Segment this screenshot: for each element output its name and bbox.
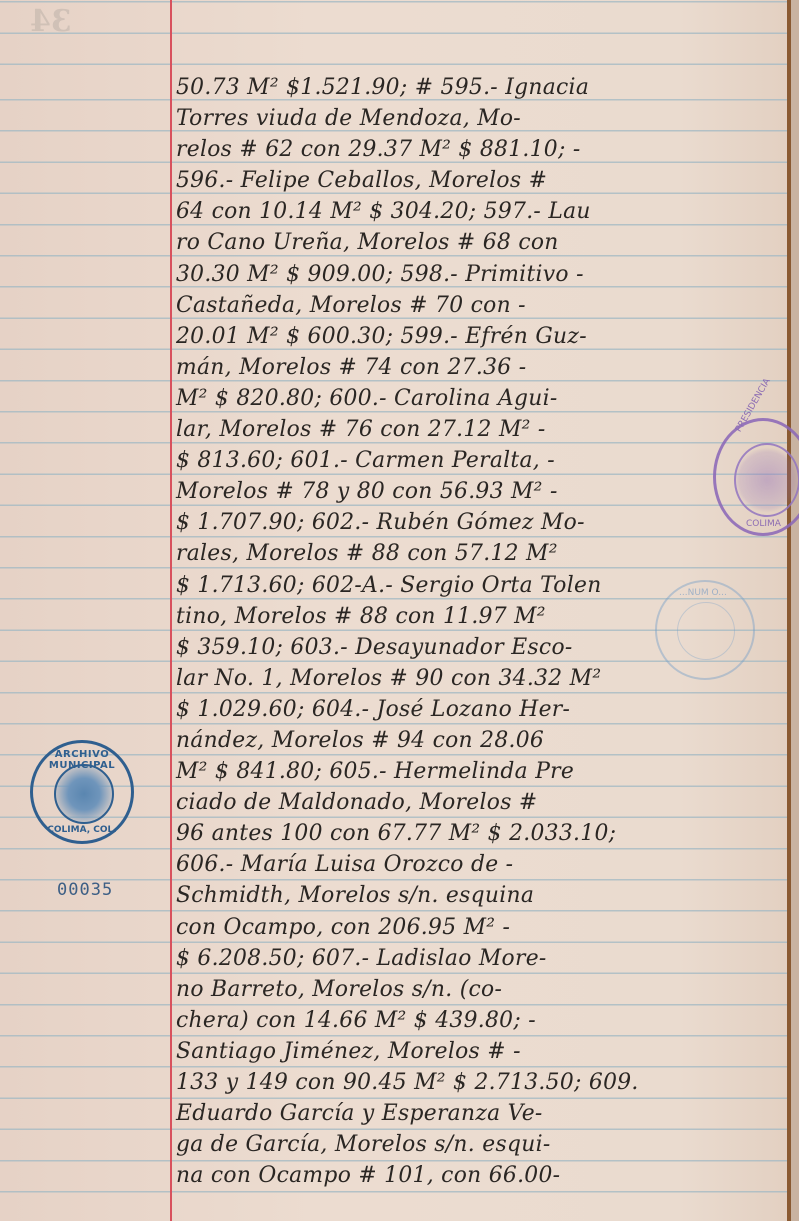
text-line: Eduardo García y Esperanza Ve- <box>176 1098 781 1129</box>
text-line: mán, Morelos # 74 con 27.36 - <box>176 352 781 383</box>
faded-stamp: ...NUM O... <box>655 580 755 680</box>
text-line: 606.- María Luisa Orozco de - <box>176 849 781 880</box>
faded-stamp-text: ...NUM O... <box>679 588 727 598</box>
text-line: Santiago Jiménez, Morelos # - <box>176 1036 781 1067</box>
text-line: Morelos # 78 y 80 con 56.93 M² - <box>176 476 781 507</box>
text-line: Castañeda, Morelos # 70 con - <box>176 290 781 321</box>
text-line: na con Ocampo # 101, con 66.00- <box>176 1160 781 1191</box>
text-line: con Ocampo, con 206.95 M² - <box>176 912 781 943</box>
text-line: chera) con 14.66 M² $ 439.80; - <box>176 1005 781 1036</box>
stamp-top-text: ARCHIVO MUNICIPAL <box>33 749 131 771</box>
faded-stamp-emblem-icon <box>677 602 735 660</box>
text-line: no Barreto, Morelos s/n. (co- <box>176 974 781 1005</box>
text-line: 96 antes 100 con 67.77 M² $ 2.033.10; <box>176 818 781 849</box>
stamp-bottom-text: COLIMA, COL. <box>33 825 131 835</box>
stamp-emblem-icon <box>54 764 114 824</box>
text-line: rales, Morelos # 88 con 57.12 M² <box>176 538 781 569</box>
text-line: 50.73 M² $1.521.90; # 595.- Ignacia <box>176 72 781 103</box>
text-line: ga de García, Morelos s/n. esqui- <box>176 1129 781 1160</box>
text-line: lar, Morelos # 76 con 27.12 M² - <box>176 414 781 445</box>
text-line: Torres viuda de Mendoza, Mo- <box>176 103 781 134</box>
text-line: ciado de Maldonado, Morelos # <box>176 787 781 818</box>
bleed-through-page-number: 34 <box>30 4 72 39</box>
text-line: 596.- Felipe Ceballos, Morelos # <box>176 165 781 196</box>
text-line: 64 con 10.14 M² $ 304.20; 597.- Lau <box>176 196 781 227</box>
text-line: Schmidth, Morelos s/n. esquina <box>176 880 781 911</box>
text-line: M² $ 820.80; 600.- Carolina Agui- <box>176 383 781 414</box>
text-line: $ 1.707.90; 602.- Rubén Gómez Mo- <box>176 507 781 538</box>
text-line: M² $ 841.80; 605.- Hermelinda Pre <box>176 756 781 787</box>
archivo-municipal-stamp: ARCHIVO MUNICIPAL COLIMA, COL. <box>30 740 134 844</box>
text-line: relos # 62 con 29.37 M² $ 881.10; - <box>176 134 781 165</box>
text-line: 30.30 M² $ 909.00; 598.- Primitivo - <box>176 259 781 290</box>
presidencia-bottom-text: COLIMA <box>746 519 781 529</box>
text-line: $ 6.208.50; 607.- Ladislao More- <box>176 943 781 974</box>
text-line: nández, Morelos # 94 con 28.06 <box>176 725 781 756</box>
text-line: 20.01 M² $ 600.30; 599.- Efrén Guz- <box>176 321 781 352</box>
binding-shadow <box>791 0 799 1221</box>
red-margin-line <box>170 0 172 1221</box>
text-line: $ 813.60; 601.- Carmen Peralta, - <box>176 445 781 476</box>
folio-number: 00035 <box>57 880 113 900</box>
presidencia-emblem-icon <box>734 443 799 517</box>
text-line: ro Cano Ureña, Morelos # 68 con <box>176 227 781 258</box>
text-line: $ 1.029.60; 604.- José Lozano Her- <box>176 694 781 725</box>
text-line: 133 y 149 con 90.45 M² $ 2.713.50; 609. <box>176 1067 781 1098</box>
